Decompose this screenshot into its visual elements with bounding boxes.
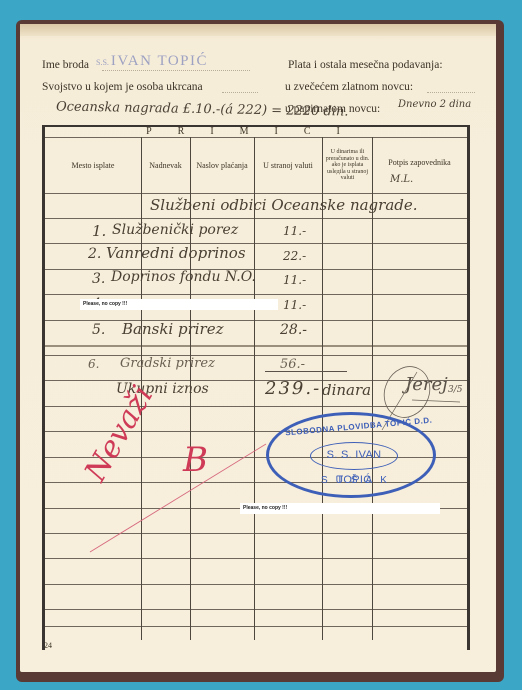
row-divider [45,355,467,356]
company-stamp: SLOBODNA PLOVIDBA TOPIĆ D.D. S. S. IVAN … [266,412,436,498]
red-strike-line-icon [88,440,268,560]
ship-name-label: Ime broda [42,59,89,71]
paper-currency-value: Dnevno 2 dina [398,99,471,110]
col-header-title: Naslov plaćanja [190,138,254,193]
row-6-label: Gradski prirez [120,356,215,371]
row-2-amount: 22.- [283,249,306,263]
row-divider [45,218,467,219]
col-header-signature: Potpis zapovednika [372,138,467,188]
col-header-place: Mesto isplate [45,138,141,193]
gold-currency-label: u zvečećem zlatnom novcu: [285,81,413,93]
ship-name-line [102,70,250,71]
row-divider [45,626,467,627]
row-5-label: Banski prirez [122,320,224,338]
row-2-label: Vanredni doprinos [106,244,246,262]
ship-name-stamp: S.S.IVAN TOPIĆ [96,53,208,70]
row-3-label: Doprinos fondu N.O. [111,269,256,285]
ship-prefix: S.S. [96,58,109,67]
row-5-num: 5. [92,322,105,338]
row-1-num: 1. [92,222,106,240]
col-header-date: Nadnevak [141,138,190,193]
total-currency: dinara [322,381,371,399]
row-divider [45,584,467,585]
stamp-top-text: SLOBODNA PLOVIDBA TOPIĆ D.D. [285,416,433,438]
header-signature: M.L. [390,174,413,185]
gold-line [427,92,475,93]
sum-underline [265,371,347,372]
table-title: PRIMICI [45,126,467,137]
row-5-amount: 28.- [280,322,307,338]
total-amount: 239.- [265,378,321,399]
row-6-num: 6. [88,357,99,371]
salary-label: Plata i ostala mesečna podavanja: [288,59,443,71]
no-copy-watermark: Please, no copy !!! [240,503,440,514]
page-edge [20,24,496,36]
section-heading: Službeni odbici Oceanske nagrade. [150,196,418,214]
row-divider [45,294,467,295]
row-3-num: 3. [92,271,105,287]
row-2-num: 2. [88,246,101,262]
row-divider [45,193,467,194]
row-4-amount: 11.- [283,298,306,312]
col-header-foreign-currency: U stranoj valuti [258,138,318,193]
stamp-center-text: S. S. IVAN TOPIĆ [310,442,398,470]
ship-name-value: IVAN TOPIĆ [111,53,208,69]
role-line [222,92,258,93]
role-label: Svojstvo u kojem je osoba ukrcana [42,81,203,93]
row-divider [45,609,467,610]
row-1-amount: 11.- [283,224,306,238]
row-3-amount: 11.- [283,273,306,287]
no-copy-watermark: Please, no copy !!! [80,299,278,310]
row-divider [45,320,467,321]
page-number: 24 [44,641,52,650]
col-header-dinars: U dinarima ili preračunato u din. ako je… [323,138,372,193]
row-1-label: Službenički porez [112,222,238,238]
row-6-amount: 56.- [280,357,305,372]
row-divider [45,269,467,270]
row-divider [45,345,467,347]
stamp-bottom-text: SUŠAK [321,475,395,486]
